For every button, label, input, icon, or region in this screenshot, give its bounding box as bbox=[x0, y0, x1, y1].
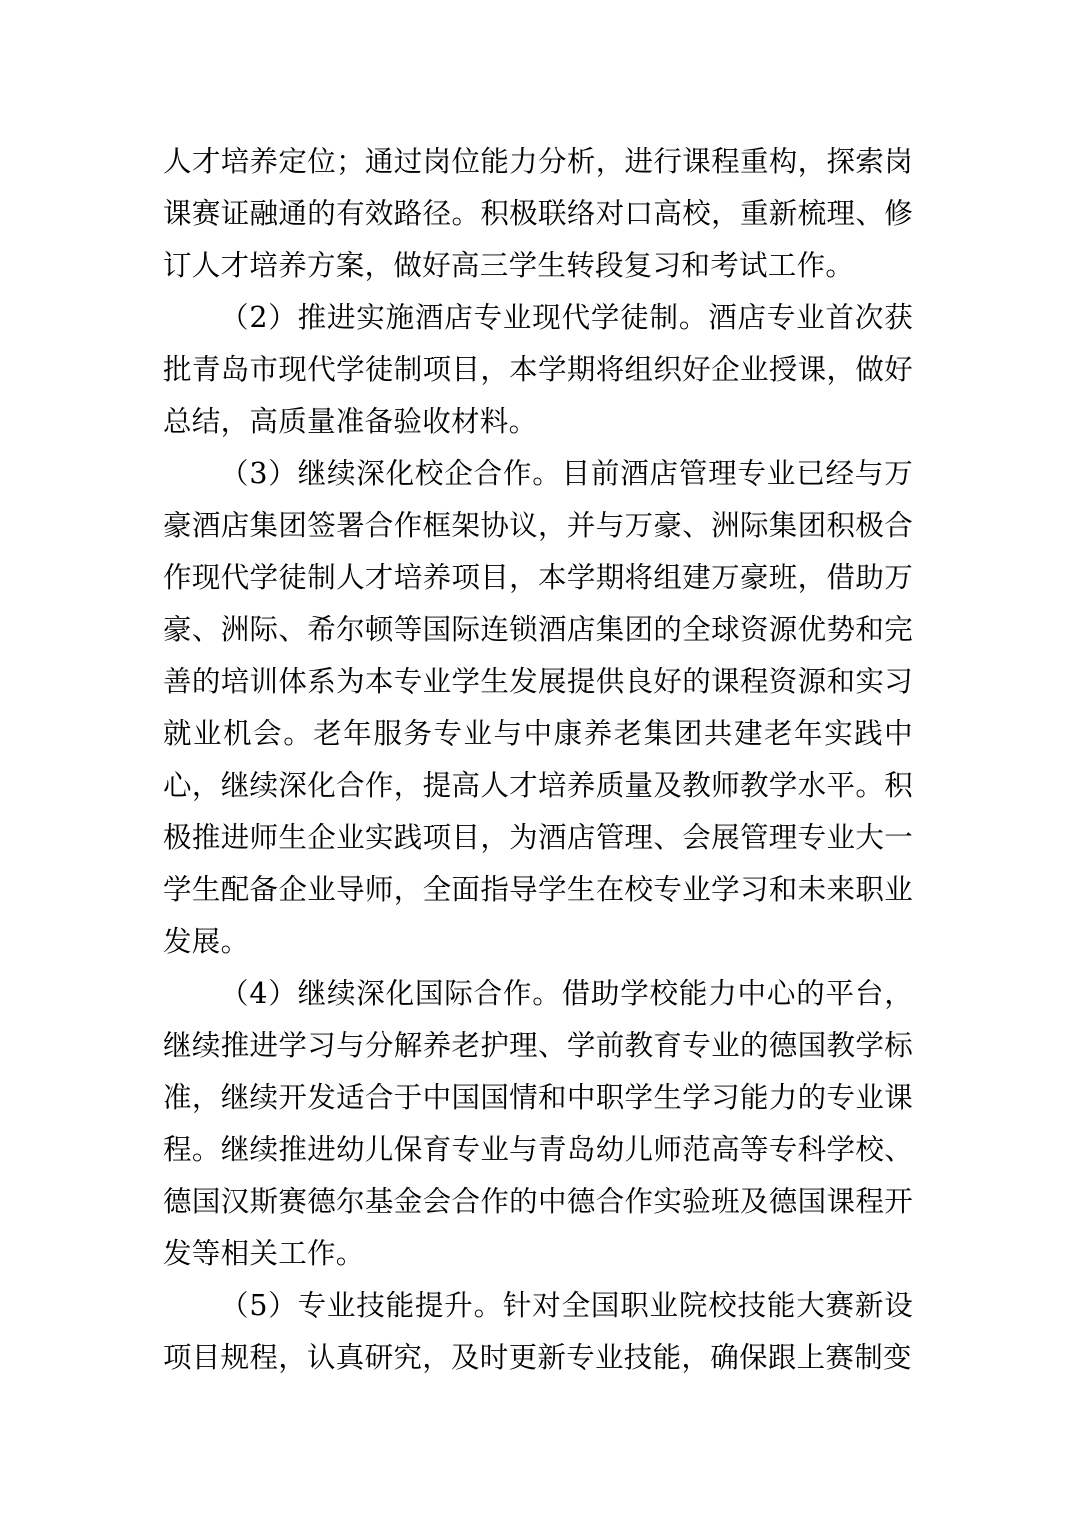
paragraph-item-4: （4）继续深化国际合作。借助学校能力中心的平台，继续推进学习与分解养老护理、学前… bbox=[163, 968, 913, 1280]
document-page: 人才培养定位；通过岗位能力分析，进行课程重构，探索岗课赛证融通的有效路径。积极联… bbox=[0, 0, 1075, 1519]
paragraph-item-3: （3）继续深化校企合作。目前酒店管理专业已经与万豪酒店集团签署合作框架协议，并与… bbox=[163, 448, 913, 968]
paragraph-item-2: （2）推进实施酒店专业现代学徒制。酒店专业首次获批青岛市现代学徒制项目，本学期将… bbox=[163, 292, 913, 448]
document-body: 人才培养定位；通过岗位能力分析，进行课程重构，探索岗课赛证融通的有效路径。积极联… bbox=[163, 136, 913, 1384]
paragraph-item-5: （5）专业技能提升。针对全国职业院校技能大赛新设项目规程，认真研究，及时更新专业… bbox=[163, 1280, 913, 1384]
paragraph-continuation: 人才培养定位；通过岗位能力分析，进行课程重构，探索岗课赛证融通的有效路径。积极联… bbox=[163, 136, 913, 292]
